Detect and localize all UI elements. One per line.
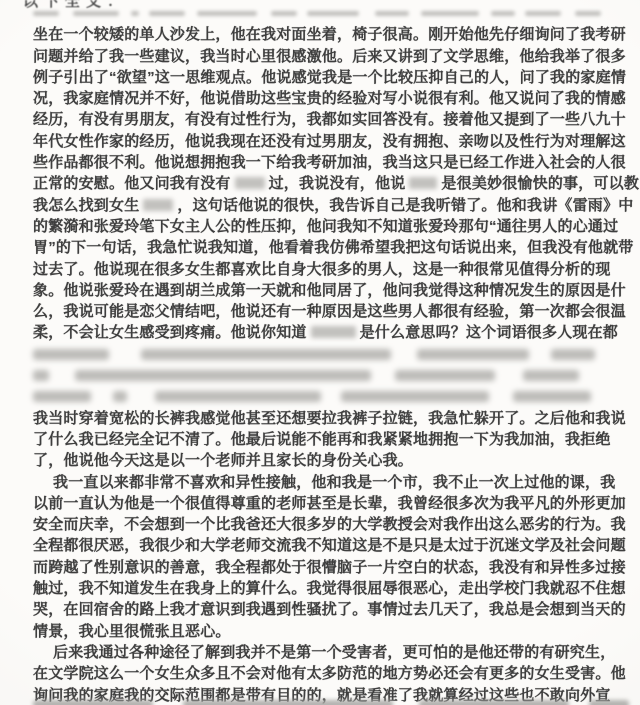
line-text: 情景，我心里很慌张且恶心。 <box>33 623 231 640</box>
redacted-text <box>183 700 393 705</box>
text-line: 安全而庆幸，不会想到一个比我爸还大很多岁的大学教授会对我作出这么恶劣的行为。我 <box>33 514 617 535</box>
text-line: 了什么我已经完全记不清了。他最后说能不能再和我紧紧地拥抱一下为我加油，我拒绝 <box>33 429 617 450</box>
text-line: 些作品都很不利。他说想拥抱我一下给我考研加油，我当这只是已经工作进入社会的人很 <box>33 152 617 173</box>
line-text: 以前一直认为他是一个很值得尊重的老师甚至是长辈，我曾经很多次为我平凡的外形更加 <box>33 495 626 512</box>
line-text: 胃”的下一句话，我急忙说我知道，他看着我仿佛希望我把这句话说出来，但我没有他就带 <box>33 239 634 256</box>
line-text: 况，我家庭情况并不好，他说借助这些宝贵的经验对写小说很有利。他又说问了我的情感 <box>33 90 626 107</box>
line-text: 正常的安慰。他又问我有没有 <box>33 175 231 192</box>
redacted-text <box>417 349 529 360</box>
redacted-text <box>33 391 91 402</box>
text-line: 在文学院这么一个女生众多且不会对他有太多防范的地方势必还会有更多的女生受害。他 <box>33 663 617 684</box>
redacted-line <box>33 365 617 386</box>
redacted-text <box>113 391 127 402</box>
line-text: 象。他说张爱玲在遇到胡兰成第一天就和他同居了，他问我觉得这种情况发生的原因是什 <box>33 282 626 299</box>
line-text: 么，我说可能是恋父情结吧，他说还有一种原因是这些男人都很有经验，第一次都会很温 <box>33 303 626 320</box>
line-text: 的繁漪和张爱玲笔下女主人公的性压抑，他问我知不知道张爱玲那句“通往男人的心通过 <box>33 218 618 235</box>
line-text: 坐在一个较矮的单人沙发上，他在我对面坐着，椅子很高。刚开始他先仔细询问了我考研 <box>33 26 626 43</box>
line-text: 我怎么找到女生 <box>33 197 139 214</box>
text-line: 以前一直认为他是一个很值得尊重的老师甚至是长辈，我曾经很多次为我平凡的外形更加 <box>33 493 617 514</box>
text-line: 过去了。他说现在很多女生都喜欢比自身大很多的男人，这是一种很常见值得分析的现 <box>33 259 617 280</box>
line-text: ，这句话他说的很快，我告诉自己是我听错了。他和我讲《雷雨》中 <box>177 197 633 214</box>
redacted-text <box>197 11 257 16</box>
redacted-text <box>33 11 59 16</box>
text-line: 我怎么找到女生，这句话他说的很快，我告诉自己是我听错了。他和我讲《雷雨》中 <box>33 195 617 216</box>
line-text: 经历，有没有男朋友，有没有过性行为，我都如实回答没有。接着他又提到了一些八九十 <box>33 111 626 128</box>
redacted-text <box>523 370 579 381</box>
line-text: 是什么意思吗？这个词语很多人现在都 <box>360 324 618 341</box>
redacted-text <box>33 370 49 381</box>
redacted-text <box>271 11 297 16</box>
line-text: 触过，我不知道发生在我身上的算什么。我觉得很屈辱很恶心，走出学校门我就忍不住想 <box>33 580 626 597</box>
redacted-text <box>307 11 359 16</box>
text-line: 我一直以来都非常不喜欢和异性接触，他和我是一个市，我不止一次上过他的课，我 <box>33 472 617 493</box>
text-line: 正常的安慰。他又问我有没有过，我说没有，他说是很美妙很愉快的事，可以教 <box>33 173 617 194</box>
line-text: 全程都很厌恶，我很少和大学老师交流我不知道这是不是只是太过于沉迷文学及社会问题 <box>33 537 626 554</box>
text-line: 例子引出了“欲望”这一思维观点。他说感觉我是一个比较压抑自己的人，问了我的家庭情 <box>33 67 617 88</box>
redacted-text <box>375 11 409 16</box>
line-text: 些作品都很不利。他说想拥抱我一下给我考研加油，我当这只是已经工作进入社会的人很 <box>33 154 626 171</box>
text-line: 全程都很厌恶，我很少和大学老师交流我不知道这是不是只是太过于沉迷文学及社会问题 <box>33 535 617 556</box>
redacted-text <box>141 349 391 360</box>
redacted-text <box>589 700 629 705</box>
line-text: 了什么我已经完全记不清了。他最后说能不能再和我紧紧地拥抱一下为我加油，我拒绝 <box>33 431 611 448</box>
redacted-text <box>341 391 489 402</box>
redacted-text <box>75 370 371 381</box>
redacted-text <box>235 177 265 189</box>
text-line: 柔，不会让女生感受到疼痛。他说你知道是什么意思吗？这个词语很多人现在都 <box>33 322 617 343</box>
redacted-text <box>33 700 153 705</box>
line-text: 是很美妙很愉快的事，可以教 <box>441 175 639 192</box>
text-line: 的繁漪和张爱玲笔下女主人公的性压抑，他问我知不知道张爱玲那句“通往男人的心通过 <box>33 216 617 237</box>
line-text: 柔，不会让女生感受到疼痛。他说你知道 <box>33 324 307 341</box>
text-line: 了，他说他今天这是以一个老师并且家长的身份关心我。 <box>33 450 617 471</box>
line-text: 过，我说没有，他说 <box>269 175 406 192</box>
redacted-text <box>143 199 173 211</box>
line-text: 了，他说他今天这是以一个老师并且家长的身份关心我。 <box>33 452 413 469</box>
text-line: 况，我家庭情况并不好，他说借助这些宝贵的经验对写小说很有利。他又说问了我的情感 <box>33 88 617 109</box>
line-text: 我一直以来都非常不喜欢和异性接触，他和我是一个市，我不止一次上过他的课，我 <box>53 474 615 491</box>
redacted-text <box>491 11 515 16</box>
redacted-text <box>311 326 356 338</box>
line-text: 后来我通过各种途径了解到我并不是第一个受害者，更可怕的是他还带的有研究生， <box>53 644 615 661</box>
document-photo: 以下全文： 坐在一个较矮的单人沙发上，他在我对面坐着，椅子很高。刚开始他先仔细询… <box>0 0 640 705</box>
line-text: 过去了。他说现在很多女生都喜欢比自身大很多的男人，这是一种很常见值得分析的现 <box>33 261 611 278</box>
line-text: 我当时穿着宽松的长裤我感觉他甚至还想要拉我裤子拉链，我急忙躲开了。之后他和我说 <box>33 410 626 427</box>
text-line: 坐在一个较矮的单人沙发上，他在我对面坐着，椅子很高。刚开始他先仔细询问了我考研 <box>33 24 617 45</box>
line-text: 问题并给了我一些建议，我当时心里很感激他。后来又讲到了文学思维，他给我举了很多 <box>33 48 626 65</box>
redacted-text <box>409 177 437 189</box>
redacted-line <box>33 386 617 407</box>
text-line: 后来我通过各种途径了解到我并不是第一个受害者，更可怕的是他还带的有研究生， <box>33 642 617 663</box>
line-text: 哭，在回宿舍的路上我才意识到我遇到性骚扰了。事情过去几天了，我总是会想到当天的 <box>33 601 626 618</box>
redacted-text <box>421 11 479 16</box>
redacted-line <box>33 344 617 365</box>
redacted-line <box>33 3 617 24</box>
redacted-text <box>395 370 495 381</box>
cropped-bottom-line <box>33 700 629 705</box>
text-line: 触过，我不知道发生在我身上的算什么。我觉得很屈辱很恶心，走出学校门我就忍不住想 <box>33 578 617 599</box>
redacted-text <box>513 391 591 402</box>
redacted-text <box>575 11 601 16</box>
redacted-text <box>525 11 561 16</box>
text-line: 胃”的下一句话，我急忙说我知道，他看着我仿佛希望我把这句话说出来，但我没有他就带 <box>33 237 617 258</box>
redacted-text <box>73 11 119 16</box>
text-line: 象。他说张爱玲在遇到胡兰成第一天就和他同居了，他问我觉得这种情况发生的原因是什 <box>33 280 617 301</box>
text-line: 哭，在回宿舍的路上我才意识到我遇到性骚扰了。事情过去几天了，我总是会想到当天的 <box>33 599 617 620</box>
text-line: 情景，我心里很慌张且恶心。 <box>33 621 617 642</box>
text-line: 年代女性作家的经历，他说我现在还没有过男朋友，没有拥抱、亲吻以及性行为对理解这 <box>33 131 617 152</box>
redacted-text <box>131 11 139 16</box>
line-text: 在文学院这么一个女生众多且不会对他有太多防范的地方势必还会有更多的女生受害。他 <box>33 665 626 682</box>
redacted-text <box>419 700 569 705</box>
line-text: 例子引出了“欲望”这一思维观点。他说感觉我是一个比较压抑自己的人，问了我的家庭情 <box>33 69 626 86</box>
text-line: 么，我说可能是恋父情结吧，他说还有一种原因是这些男人都很有经验，第一次都会很温 <box>33 301 617 322</box>
redacted-text <box>33 349 109 360</box>
line-text: 安全而庆幸，不会想到一个比我爸还大很多岁的大学教授会对我作出这么恶劣的行为。我 <box>33 516 626 533</box>
text-line: 经历，有没有男朋友，有没有过性行为，我都如实回答没有。接着他又提到了一些八九十 <box>33 109 617 130</box>
document-body: 坐在一个较矮的单人沙发上，他在我对面坐着，椅子很高。刚开始他先仔细询问了我考研问… <box>33 3 617 705</box>
redacted-text <box>551 349 595 360</box>
text-line: 问题并给了我一些建议，我当时心里很感激他。后来又讲到了文学思维，他给我举了很多 <box>33 46 617 67</box>
redacted-text <box>149 11 185 16</box>
redacted-text <box>155 391 321 402</box>
line-text: 而跨越了性别意识的善意，我全程都处于很懵脑子一片空白的状态，我没有和异性多过接 <box>33 559 626 576</box>
text-line: 我当时穿着宽松的长裤我感觉他甚至还想要拉我裤子拉链，我急忙躲开了。之后他和我说 <box>33 408 617 429</box>
line-text: 年代女性作家的经历，他说我现在还没有过男朋友，没有拥抱、亲吻以及性行为对理解这 <box>33 133 626 150</box>
text-line: 而跨越了性别意识的善意，我全程都处于很懵脑子一片空白的状态，我没有和异性多过接 <box>33 557 617 578</box>
